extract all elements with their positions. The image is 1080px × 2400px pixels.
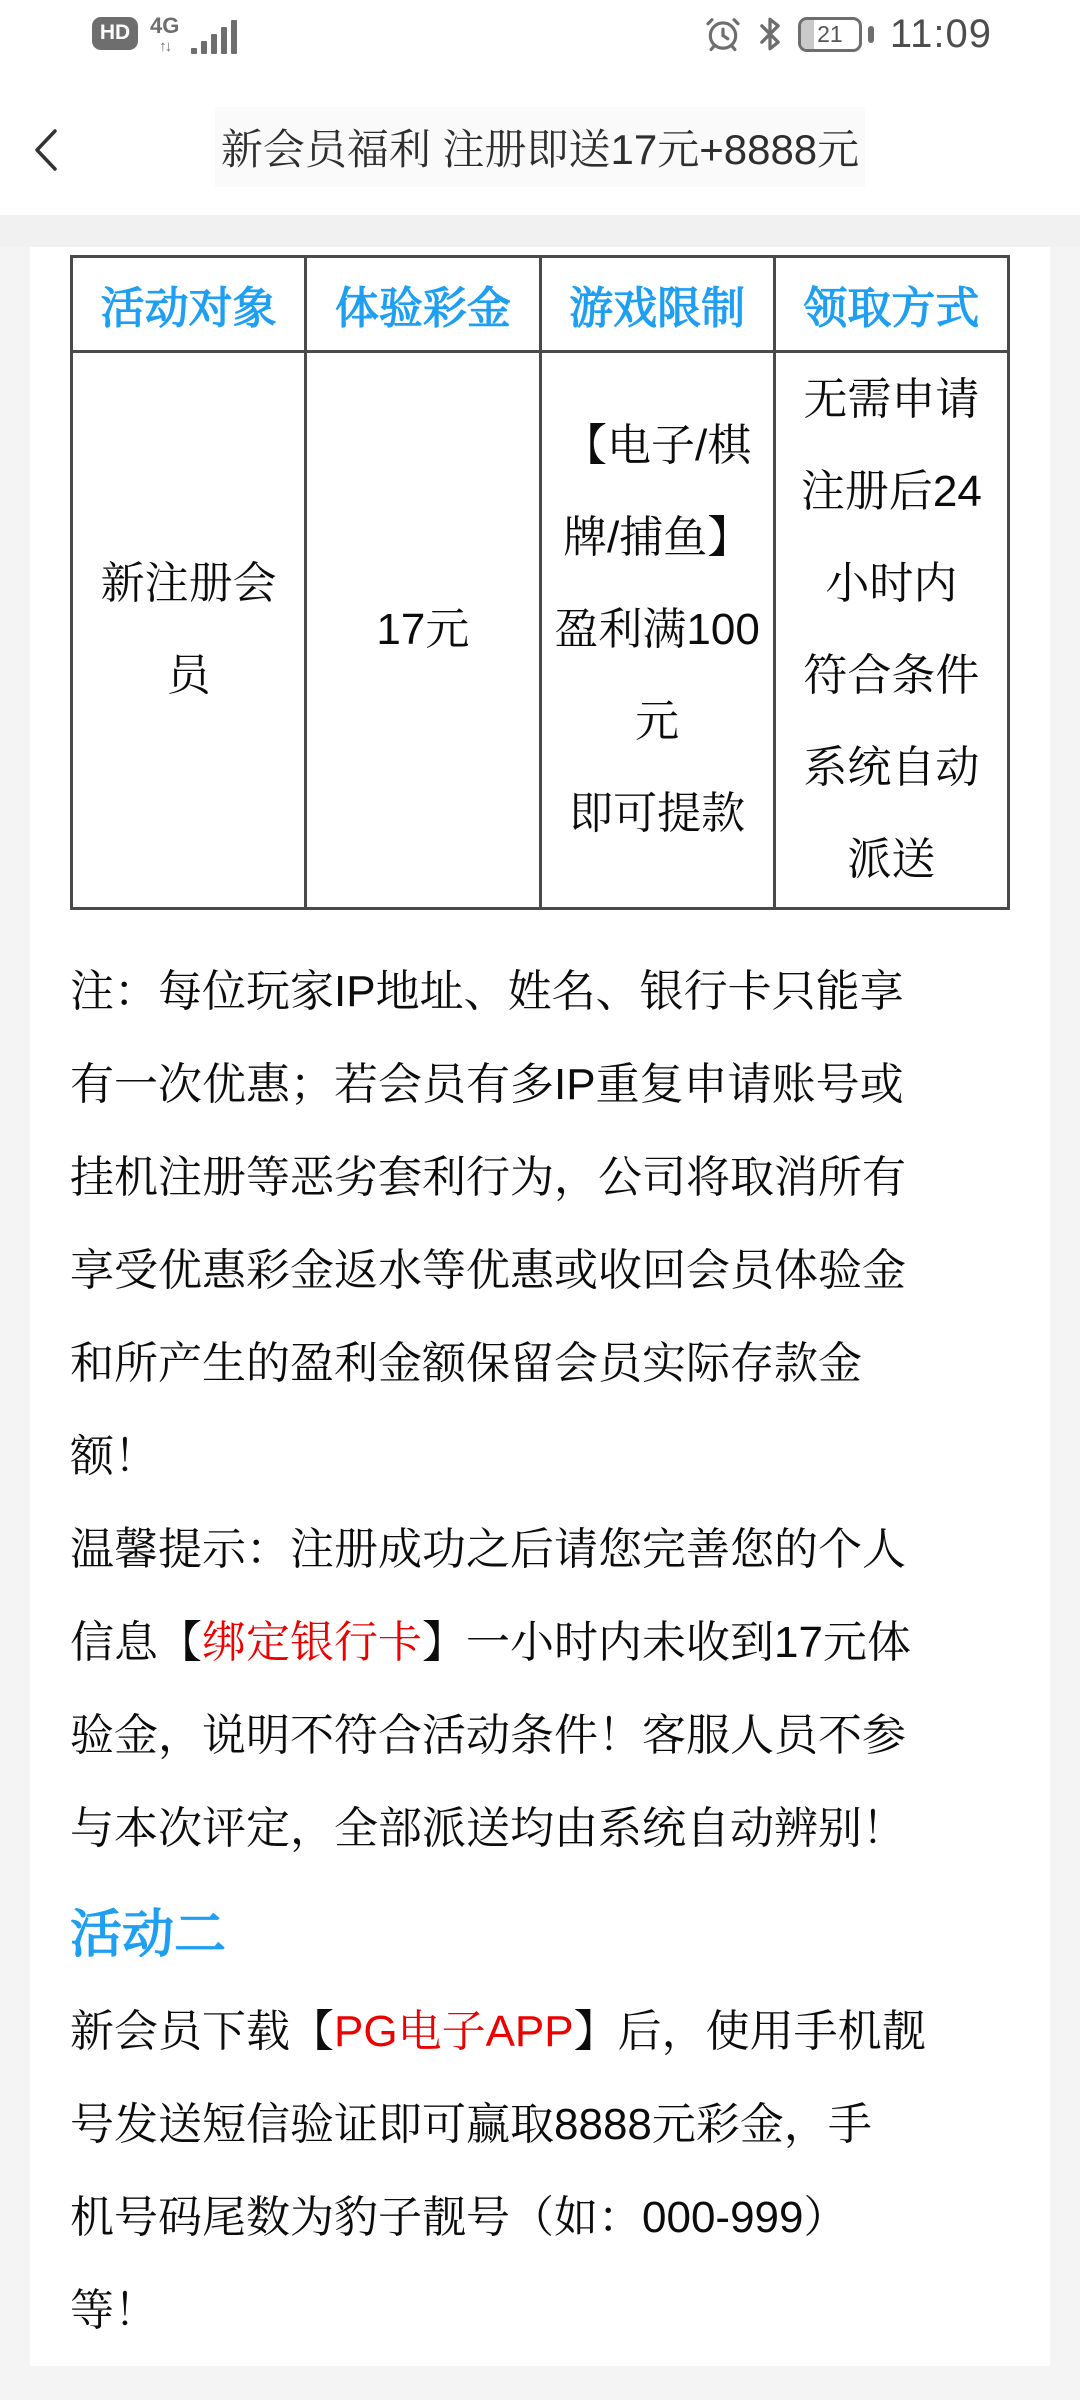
hd-icon: HD — [92, 17, 138, 50]
text-segment: 验金，说明不符合活动条件！客服人员不参 — [70, 1711, 906, 1760]
divider-band — [0, 215, 1080, 247]
text-segment: 号发送短信验证即可赢取8888元彩金，手 — [70, 2100, 872, 2149]
header-game-limit: 游戏限制 — [540, 257, 774, 352]
text-segment: 与本次评定，全部派送均由系统自动辨别！ — [70, 1804, 906, 1853]
text-segment: 有一次优惠；若会员有多IP重复申请账号或 — [70, 1060, 904, 1109]
text-segment: 新注册会 — [101, 559, 277, 608]
status-right-group: 21 11:09 — [704, 14, 992, 54]
cell-activity-target: 新注册会员 — [72, 352, 306, 909]
activity2-line: 新会员下载【PG电子APP】后，使用手机靓 — [70, 1985, 1010, 2078]
text-segment: 额！ — [70, 1432, 158, 1481]
text-segment: 派送 — [847, 835, 935, 884]
cell-line: 无需申请 — [776, 354, 1007, 446]
text-segment: 系统自动 — [803, 743, 979, 792]
note-line: 额！ — [70, 1410, 1010, 1503]
note-line: 和所产生的盈利金额保留会员实际存款金 — [70, 1317, 1010, 1410]
bluetooth-icon — [758, 16, 782, 52]
activity2-line: 等！ — [70, 2264, 1010, 2357]
alarm-clock-icon — [704, 15, 742, 53]
warm-tip-paragraph: 温馨提示：注册成功之后请您完善您的个人信息【绑定银行卡】一小时内未收到17元体验… — [70, 1503, 1010, 1875]
page-title-wrap: 新会员福利 注册即送17元+8888元 — [0, 78, 1080, 215]
table-row: 新注册会员 17元 【电子/棋牌/捕鱼】盈利满100元即可提款 无需申请注册后2… — [72, 352, 1009, 909]
text-segment: 等！ — [70, 2286, 158, 2335]
header-trial-bonus: 体验彩金 — [306, 257, 540, 352]
status-left-group: HD 4G ↑↓ — [92, 12, 237, 54]
note-line: 有一次优惠；若会员有多IP重复申请账号或 — [70, 1038, 1010, 1131]
highlight-text: PG电子APP — [334, 2007, 574, 2056]
battery-percent: 21 — [801, 20, 859, 49]
cell-line: 员 — [73, 630, 304, 722]
text-segment: 新会员下载【 — [70, 2007, 334, 2056]
signal-strength-icon — [191, 18, 237, 54]
cell-line: 符合条件 — [776, 630, 1007, 722]
battery-terminal-icon — [868, 26, 874, 43]
text-segment: 符合条件 — [803, 651, 979, 700]
text-segment: 】一小时内未收到17元体 — [422, 1618, 911, 1667]
warm-tip-line: 验金，说明不符合活动条件！客服人员不参 — [70, 1689, 1010, 1782]
text-segment: 员 — [167, 651, 211, 700]
cell-line: 新注册会 — [73, 538, 304, 630]
text-segment: 注：每位玩家IP地址、姓名、银行卡只能享 — [70, 967, 904, 1016]
activity2-paragraph: 新会员下载【PG电子APP】后，使用手机靓号发送短信验证即可赢取8888元彩金，… — [70, 1985, 1010, 2357]
text-segment: 无需申请 — [803, 375, 979, 424]
warm-tip-line: 与本次评定，全部派送均由系统自动辨别！ — [70, 1782, 1010, 1875]
text-segment: 享受优惠彩金返水等优惠或收回会员体验金 — [70, 1246, 906, 1295]
battery-icon: 21 — [798, 17, 862, 52]
nav-bar: 新会员福利 注册即送17元+8888元 — [0, 78, 1080, 215]
text-segment: 元 — [635, 697, 679, 746]
promo-content-card: 活动对象 体验彩金 游戏限制 领取方式 新注册会员 17元 【电子/棋牌/捕鱼】… — [30, 247, 1050, 2366]
warm-tip-line: 温馨提示：注册成功之后请您完善您的个人 — [70, 1503, 1010, 1596]
cell-game-limit: 【电子/棋牌/捕鱼】盈利满100元即可提款 — [540, 352, 774, 909]
promo-table: 活动对象 体验彩金 游戏限制 领取方式 新注册会员 17元 【电子/棋牌/捕鱼】… — [70, 255, 1010, 910]
cell-line: 即可提款 — [542, 768, 773, 860]
text-segment: 盈利满100 — [554, 605, 759, 654]
updown-arrows-icon: ↑↓ — [159, 39, 170, 54]
page-title: 新会员福利 注册即送17元+8888元 — [215, 107, 865, 187]
table-header-row: 活动对象 体验彩金 游戏限制 领取方式 — [72, 257, 1009, 352]
cell-trial-bonus: 17元 — [306, 352, 540, 909]
text-segment: 温馨提示：注册成功之后请您完善您的个人 — [70, 1525, 906, 1574]
text-segment: 机号码尾数为豹子靓号（如：000-999） — [70, 2193, 847, 2242]
network-label: 4G — [150, 15, 179, 37]
text-segment: 即可提款 — [569, 789, 745, 838]
text-segment: 】后，使用手机靓 — [574, 2007, 926, 2056]
text-segment: 【电子/棋 — [563, 421, 751, 470]
cell-line: 元 — [542, 676, 773, 768]
status-time: 11:09 — [890, 12, 992, 57]
text-segment: 挂机注册等恶劣套利行为，公司将取消所有 — [70, 1153, 906, 1202]
network-4g-icon: 4G ↑↓ — [150, 15, 179, 54]
cell-line: 盈利满100 — [542, 584, 773, 676]
cell-line: 【电子/棋 — [542, 400, 773, 492]
text-segment: 和所产生的盈利金额保留会员实际存款金 — [70, 1339, 862, 1388]
note-line: 享受优惠彩金返水等优惠或收回会员体验金 — [70, 1224, 1010, 1317]
activity2-heading: 活动二 — [70, 1885, 1010, 1985]
cell-line: 注册后24 — [776, 446, 1007, 538]
text-segment: 牌/捕鱼】 — [563, 513, 751, 562]
note-line: 注：每位玩家IP地址、姓名、银行卡只能享 — [70, 945, 1010, 1038]
activity2-line: 号发送短信验证即可赢取8888元彩金，手 — [70, 2078, 1010, 2171]
cell-line: 小时内 — [776, 538, 1007, 630]
header-activity-target: 活动对象 — [72, 257, 306, 352]
cell-line: 牌/捕鱼】 — [542, 492, 773, 584]
header-claim-method: 领取方式 — [774, 257, 1008, 352]
text-segment: 注册后24 — [801, 467, 982, 516]
note-line: 挂机注册等恶劣套利行为，公司将取消所有 — [70, 1131, 1010, 1224]
status-bar: HD 4G ↑↓ 21 11:09 — [0, 0, 1080, 78]
cell-line: 系统自动 — [776, 722, 1007, 814]
cell-claim-method: 无需申请注册后24小时内符合条件系统自动派送 — [774, 352, 1008, 909]
warm-tip-line: 信息【绑定银行卡】一小时内未收到17元体 — [70, 1596, 1010, 1689]
text-segment: 小时内 — [825, 559, 957, 608]
highlight-text: 绑定银行卡 — [202, 1618, 422, 1667]
cell-line: 派送 — [776, 814, 1007, 906]
text-segment: 信息【 — [70, 1618, 202, 1667]
activity2-line: 机号码尾数为豹子靓号（如：000-999） — [70, 2171, 1010, 2264]
note-paragraph: 注：每位玩家IP地址、姓名、银行卡只能享有一次优惠；若会员有多IP重复申请账号或… — [70, 945, 1010, 1503]
